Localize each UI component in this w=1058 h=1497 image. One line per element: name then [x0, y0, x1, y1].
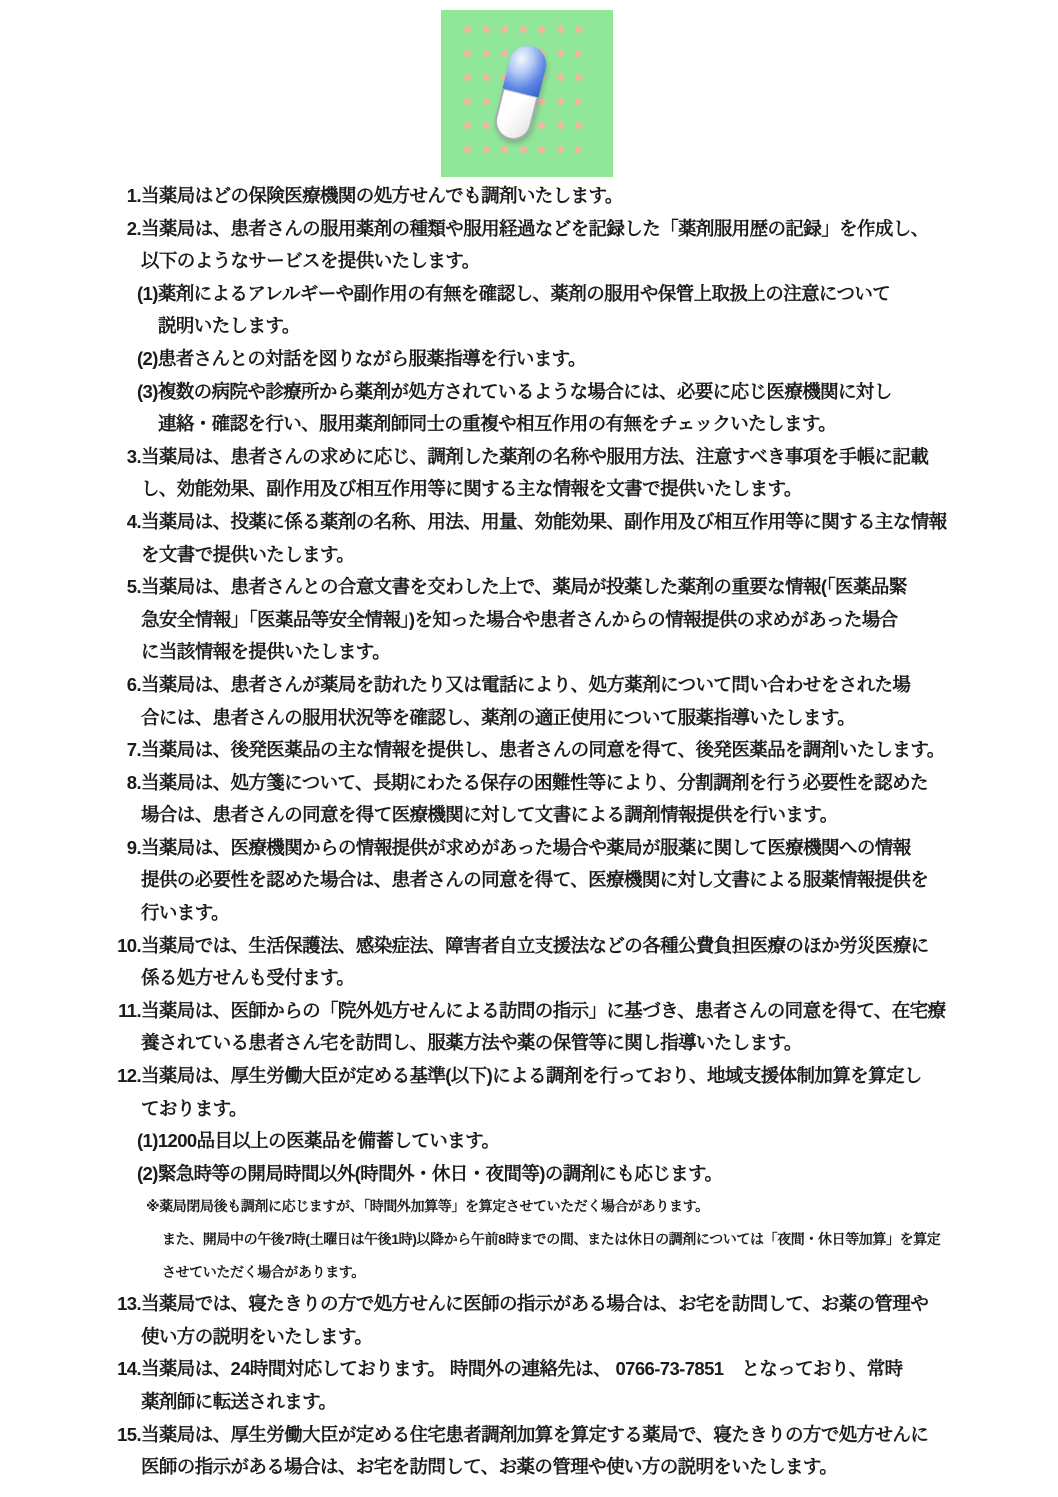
item-text: 緊急時等の開局時間以外(時間外・休日・夜間等)の調剤にも応じます。 [158, 1163, 723, 1184]
note-line: また、開局中の午後7時(土曜日は午後1時)以降から午前8時までの間、または休日の… [0, 1223, 1058, 1256]
dot [501, 146, 508, 153]
list-item: 3.当薬局は、患者さんの求めに応じ、調剤した薬剤の名称や服用方法、注意すべき事項… [0, 441, 1058, 474]
list-item-continuation: 場合は、患者さんの同意を得て医療機関に対して文書による調剤情報提供を行います。 [0, 799, 1058, 832]
dot [575, 98, 582, 105]
item-marker: 7. [94, 734, 141, 767]
dot [575, 74, 582, 81]
item-text: 当薬局は、処方箋について、長期にわたる保存の困難性等により、分割調剤を行う必要性… [141, 772, 928, 793]
sub-item: (1)薬剤によるアレルギーや副作用の有無を確認し、薬剤の服用や保管上取扱上の注意… [0, 278, 1058, 311]
dot [483, 146, 490, 153]
item-marker: 8. [94, 767, 141, 800]
item-text: 当薬局は、厚生労働大臣が定める住宅患者調剤加算を算定する薬局で、寝たきりの方で処… [141, 1424, 928, 1445]
item-marker: 9. [94, 832, 141, 865]
item-text: 当薬局は、24時間対応しております。 時間外の連絡先は、 0766-73-785… [141, 1358, 903, 1379]
dot [483, 50, 490, 57]
item-marker: 1. [94, 180, 141, 213]
note-line: させていただく場合があります。 [0, 1256, 1058, 1289]
list-item: 15.当薬局は、厚生労働大臣が定める住宅患者調剤加算を算定する薬局で、寝たきりの… [0, 1419, 1058, 1452]
item-marker: 11. [94, 995, 141, 1028]
item-text: 当薬局はどの保険医療機関の処方せんでも調剤いたします。 [141, 185, 623, 206]
dot [575, 146, 582, 153]
dot [575, 50, 582, 57]
item-marker: (1) [137, 283, 158, 304]
list-item-continuation: 提供の必要性を認めた場合は、患者さんの同意を得て、医療機関に対し文書による服薬情… [0, 864, 1058, 897]
dot [575, 122, 582, 129]
dot [483, 122, 490, 129]
dot [557, 50, 564, 57]
list-item-continuation: に当該情報を提供いたします。 [0, 636, 1058, 669]
dot [464, 146, 471, 153]
item-text: 当薬局は、医療機関からの情報提供が求めがあった場合や薬局が服薬に関して医療機関へ… [141, 837, 911, 858]
list-item-continuation: 医師の指示がある場合は、お宅を訪問して、お薬の管理や使い方の説明をいたします。 [0, 1451, 1058, 1484]
item-marker: 13. [94, 1288, 141, 1321]
sub-item: (1)1200品目以上の医薬品を備蓄しています。 [0, 1125, 1058, 1158]
item-text: 当薬局は、投薬に係る薬剤の名称、用法、用量、効能効果、副作用及び相互作用等に関す… [141, 511, 947, 532]
item-text: 当薬局では、生活保護法、感染症法、障害者自立支援法などの各種公費負担医療のほか労… [141, 935, 929, 956]
list-item-continuation: 係る処方せんも受付ます。 [0, 962, 1058, 995]
list-item-continuation: 急安全情報」「医薬品等安全情報」)を知った場合や患者さんからの情報提供の求めがあ… [0, 604, 1058, 637]
dot [538, 26, 545, 33]
item-marker: (2) [137, 1163, 158, 1184]
item-text: 薬剤によるアレルギーや副作用の有無を確認し、薬剤の服用や保管上取扱上の注意につい… [158, 283, 890, 304]
dot [538, 122, 545, 129]
note-line: ※薬局閉局後も調剤に応じますが、「時間外加算等」を算定させていただく場合がありま… [0, 1190, 1058, 1223]
item-text: 当薬局は、患者さんの服用薬剤の種類や服用経過などを記録した「薬剤服用歴の記録」を… [141, 218, 929, 239]
item-marker: (3) [137, 381, 158, 402]
dot [483, 26, 490, 33]
list-item: 2.当薬局は、患者さんの服用薬剤の種類や服用経過などを記録した「薬剤服用歴の記録… [0, 213, 1058, 246]
dot [464, 26, 471, 33]
sub-item: (2)緊急時等の開局時間以外(時間外・休日・夜間等)の調剤にも応じます。 [0, 1158, 1058, 1191]
item-text: 当薬局は、患者さんが薬局を訪れたり又は電話により、処方薬剤について問い合わせをさ… [141, 674, 910, 695]
dot [557, 98, 564, 105]
dot [501, 26, 508, 33]
item-marker: 4. [94, 506, 141, 539]
item-text: 当薬局は、厚生労働大臣が定める基準(以下)による調剤を行っており、地域支援体制加… [141, 1065, 922, 1086]
dot [464, 50, 471, 57]
list-item-continuation: 養されている患者さん宅を訪問し、服薬方法や薬の保管等に関し指導いたします。 [0, 1027, 1058, 1060]
list-item: 12.当薬局は、厚生労働大臣が定める基準(以下)による調剤を行っており、地域支援… [0, 1060, 1058, 1093]
item-text: 1200品目以上の医薬品を備蓄しています。 [158, 1130, 500, 1151]
dot [557, 146, 564, 153]
dot [557, 26, 564, 33]
page: { "page": { "background": "#ffffff", "te… [0, 0, 1058, 1497]
pharmacy-logo [441, 10, 613, 177]
sub-item-continuation: 説明いたします。 [0, 310, 1058, 343]
list-item: 5.当薬局は、患者さんとの合意文書を交わした上で、薬局が投薬した薬剤の重要な情報… [0, 571, 1058, 604]
list-item-continuation: ております。 [0, 1093, 1058, 1126]
item-text: 患者さんとの対話を図りながら服薬指導を行います。 [158, 348, 586, 369]
item-text: 当薬局は、患者さんの求めに応じ、調剤した薬剤の名称や服用方法、注意すべき事項を手… [141, 446, 928, 467]
dot [575, 26, 582, 33]
list-item-continuation: 合には、患者さんの服用状況等を確認し、薬剤の適正使用について服薬指導いたします。 [0, 702, 1058, 735]
list-item-continuation: 使い方の説明をいたします。 [0, 1321, 1058, 1354]
dot [538, 146, 545, 153]
list-item-continuation: 以下のようなサービスを提供いたします。 [0, 245, 1058, 278]
item-text: 当薬局では、寝たきりの方で処方せんに医師の指示がある場合は、お宅を訪問して、お薬… [141, 1293, 928, 1314]
sub-item: (3)複数の病院や診療所から薬剤が処方されているような場合には、必要に応じ医療機… [0, 376, 1058, 409]
item-text: 複数の病院や診療所から薬剤が処方されているような場合には、必要に応じ医療機関に対… [158, 381, 892, 402]
dot [483, 74, 490, 81]
list-item: 8.当薬局は、処方箋について、長期にわたる保存の困難性等により、分割調剤を行う必… [0, 767, 1058, 800]
dot [557, 74, 564, 81]
item-marker: 10. [94, 930, 141, 963]
item-marker: 6. [94, 669, 141, 702]
item-marker: 5. [94, 571, 141, 604]
dot [483, 98, 490, 105]
list-item: 14.当薬局は、24時間対応しております。 時間外の連絡先は、 0766-73-… [0, 1353, 1058, 1386]
list-item-continuation: 行います。 [0, 897, 1058, 930]
sub-item: (2)患者さんとの対話を図りながら服薬指導を行います。 [0, 343, 1058, 376]
list-item-continuation: 薬剤師に転送されます。 [0, 1386, 1058, 1419]
item-text: 当薬局は、後発医薬品の主な情報を提供し、患者さんの同意を得て、後発医薬品を調剤い… [141, 739, 945, 760]
item-marker: 15. [94, 1419, 141, 1452]
list-item: 6.当薬局は、患者さんが薬局を訪れたり又は電話により、処方薬剤について問い合わせ… [0, 669, 1058, 702]
item-marker: (2) [137, 348, 158, 369]
list-item: 13.当薬局では、寝たきりの方で処方せんに医師の指示がある場合は、お宅を訪問して… [0, 1288, 1058, 1321]
list-item: 11.当薬局は、医師からの「院外処方せんによる訪問の指示」に基づき、患者さんの同… [0, 995, 1058, 1028]
dot [520, 26, 527, 33]
list-item: 1.当薬局はどの保険医療機関の処方せんでも調剤いたします。 [0, 180, 1058, 213]
dot [501, 50, 508, 57]
dot [464, 122, 471, 129]
sub-item-continuation: 連絡・確認を行い、服用薬剤師同士の重複や相互作用の有無をチェックいたします。 [0, 408, 1058, 441]
list-item-continuation: し、効能効果、副作用及び相互作用等に関する主な情報を文書で提供いたします。 [0, 473, 1058, 506]
list-item: 4.当薬局は、投薬に係る薬剤の名称、用法、用量、効能効果、副作用及び相互作用等に… [0, 506, 1058, 539]
service-list: 1.当薬局はどの保険医療機関の処方せんでも調剤いたします。2.当薬局は、患者さん… [0, 180, 1058, 1484]
item-marker: 2. [94, 213, 141, 246]
dot [464, 98, 471, 105]
dot [557, 122, 564, 129]
item-marker: (1) [137, 1130, 158, 1151]
list-item: 10.当薬局では、生活保護法、感染症法、障害者自立支援法などの各種公費負担医療の… [0, 930, 1058, 963]
dot [538, 98, 545, 105]
item-marker: 14. [94, 1353, 141, 1386]
item-text: 当薬局は、患者さんとの合意文書を交わした上で、薬局が投薬した薬剤の重要な情報(「… [141, 576, 907, 597]
item-marker: 3. [94, 441, 141, 474]
item-marker: 12. [94, 1060, 141, 1093]
dot [464, 74, 471, 81]
item-text: 当薬局は、医師からの「院外処方せんによる訪問の指示」に基づき、患者さんの同意を得… [141, 1000, 945, 1021]
list-item: 9.当薬局は、医療機関からの情報提供が求めがあった場合や薬局が服薬に関して医療機… [0, 832, 1058, 865]
list-item-continuation: を文書で提供いたします。 [0, 539, 1058, 572]
dot [520, 146, 527, 153]
list-item: 7.当薬局は、後発医薬品の主な情報を提供し、患者さんの同意を得て、後発医薬品を調… [0, 734, 1058, 767]
